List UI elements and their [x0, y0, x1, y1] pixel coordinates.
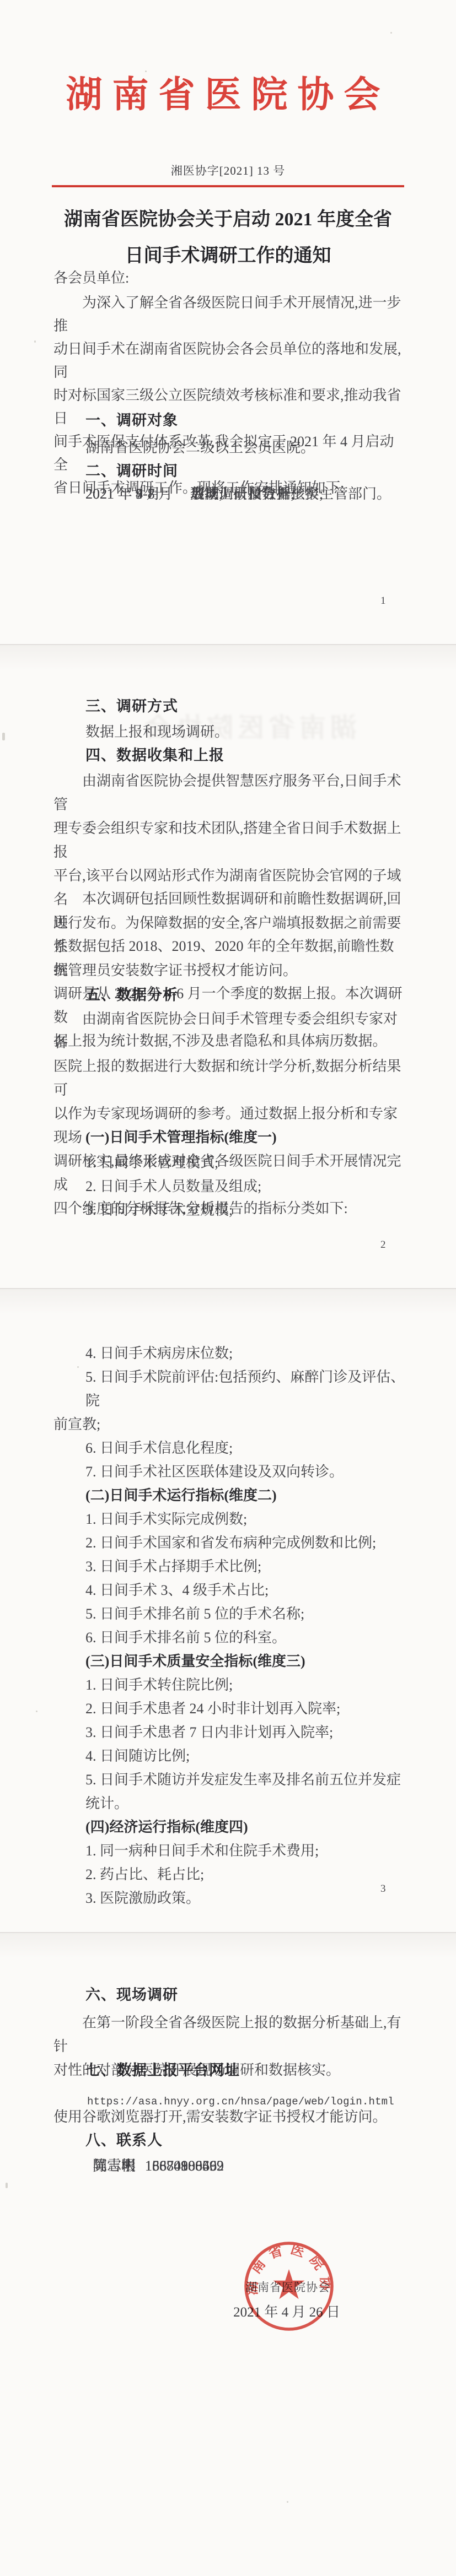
section-5-heading: 五、数据分析	[85, 983, 178, 1007]
seal-star-icon	[273, 2269, 305, 2299]
text-line: 1. 同一病种日间手术和住院手术费用;	[53, 1839, 406, 1863]
text-line: 理专委会组织专家和技术团队,搭建全省日间手术数据上报	[53, 816, 406, 864]
text-line: 4. 日间手术病房床位数;	[53, 1341, 406, 1365]
section-2-heading: 二、调研时间	[85, 459, 178, 483]
col-1: 陈志明	[93, 2154, 136, 2178]
official-red-seal: 湖南省医院协会	[242, 2238, 336, 2333]
text-line: 5. 日间手术随访并发症发生率及排名前五位并发症统计。	[53, 1768, 406, 1815]
scan-speck	[34, 340, 36, 343]
text-line: 本次调研包括回顾性数据调研和前瞻性数据调研,回顾	[53, 887, 406, 934]
document-number: 湘医协字[2021] 13 号	[0, 162, 456, 178]
text-line: 2. 药占比、耗占比;	[53, 1863, 406, 1886]
text-line: 医院上报的数据进行大数据和统计学分析,数据分析结果可	[53, 1054, 406, 1102]
scan-speck	[145, 71, 147, 72]
text-line: 前宣教;	[53, 1413, 406, 1436]
section-6-heading: 六、现场调研	[85, 1983, 178, 2007]
text-line: 4. 日间随访比例;	[53, 1744, 406, 1768]
text-line: 2. 日间手术国家和省发布病种完成例数和比例;	[53, 1531, 406, 1555]
text-line: (四)经济运行指标(维度四)	[53, 1815, 406, 1839]
salutation: 各会员单位:	[53, 267, 129, 290]
text-line: 5. 日间手术院前评估:包括预约、麻醉门诊及评估、院	[53, 1365, 406, 1413]
text-line: 6. 日间手术信息化程度;	[53, 1436, 406, 1460]
text-line: 1. 日间手术实际完成例数;	[53, 1507, 406, 1531]
section-7-heading: 七、数据上报平台网址	[85, 2059, 240, 2082]
scan-speck	[287, 2501, 288, 2503]
text-line: 动日间手术在湖南省医院协会各会员单位的落地和发展,同	[53, 338, 406, 384]
text-line: 性数据包括 2018、2019、2020 年的全年数据,前瞻性数据	[53, 934, 406, 982]
text-line: 6. 日间手术排名前 5 位的科室。	[53, 1626, 406, 1649]
dimension-1-heading: (一)日间手术管理指标(维度一)	[85, 1125, 277, 1149]
indicator-list: 4. 日间手术病房床位数;5. 日间手术院前评估:包括预约、麻醉门诊及评估、院前…	[53, 1341, 406, 1910]
text-line: 为深入了解全省各级医院日间手术开展情况,进一步推	[53, 291, 406, 338]
text-line: 在第一阶段全省各级医院上报的数据分析基础上,有针	[53, 2011, 406, 2058]
red-rule-divider	[52, 185, 404, 187]
document-title-line1: 湖南省医院协会关于启动 2021 年度全省	[0, 202, 456, 238]
text-line: 由湖南省医院协会日间手术管理专委会组织专家对各	[53, 1007, 406, 1054]
text-line: 1. 日间手术管理模式;	[85, 1151, 405, 1175]
dimension-1-items: 1. 日间手术管理模式;2. 日间手术人员数量及组成;3. 日间手术手术室规模;	[85, 1151, 405, 1222]
text-line: 2. 日间手术患者 24 小时非计划再入院率;	[53, 1697, 406, 1720]
text-line: 由湖南省医院协会提供智慧医疗服务平台,日间手术管	[53, 769, 406, 816]
section-8-heading: 八、联系人	[85, 2129, 163, 2152]
text-line: 3. 日间手术手术室规模;	[85, 1198, 405, 1222]
scan-speck	[77, 1366, 79, 1368]
text-line: 4. 日间手术 3、4 级手术占比;	[53, 1578, 406, 1602]
text-line: 2. 日间手术人员数量及组成;	[85, 1175, 405, 1198]
scan-speck	[6, 2183, 8, 2188]
masthead-org-name: 湖南省医院协会	[0, 65, 456, 117]
text-line: 1. 日间手术转住院比例;	[53, 1673, 406, 1697]
page-number-1: 1	[380, 595, 386, 607]
page-boundary-shadow-2	[0, 1289, 456, 1314]
col-2: 形成调研报告并上报主管部门。	[190, 483, 391, 506]
scan-speck	[390, 32, 392, 34]
text-line: 7. 日间手术社区医联体建设及双向转诊。	[53, 1460, 406, 1484]
page-number-2: 2	[380, 1239, 386, 1251]
text-line: 3. 日间手术占择期手术比例;	[53, 1555, 406, 1578]
text-line: 5. 日间手术排名前 5 位的手术名称;	[53, 1602, 406, 1626]
col-2: 16670100669	[145, 2154, 224, 2178]
text-line: (三)日间手术质量安全指标(维度三)	[53, 1649, 406, 1673]
page-boundary-shadow-1	[0, 645, 456, 670]
scan-speck	[2, 733, 5, 740]
col-1: 2021 年 9 月	[85, 483, 161, 506]
page-number-3: 3	[380, 1883, 386, 1895]
document-title: 湖南省医院协会关于启动 2021 年度全省 日间手术调研工作的通知	[0, 202, 456, 274]
section-3-heading: 三、调研方式	[85, 695, 178, 718]
section-1-heading: 一、调研对象	[85, 409, 178, 432]
scanned-official-document: 湖南省医院协会 湘医协字[2021] 13 号 湖南省医院协会关于启动 2021…	[0, 0, 456, 2576]
page-boundary-shadow-3	[0, 1933, 456, 1958]
text-line: (二)日间手术运行指标(维度二)	[53, 1484, 406, 1507]
text-line: 3. 医院激励政策。	[53, 1886, 406, 1910]
section-3-body: 数据上报和现场调研。	[85, 720, 229, 744]
section-4-heading: 四、数据收集和上报	[85, 744, 224, 767]
text-line: 3. 日间手术患者 7 日内非计划再入院率;	[53, 1720, 406, 1744]
url-note: 使用谷歌浏览器打开,需安装数字证书授权才能访问。	[53, 2106, 406, 2129]
section-1-body: 湖南省医院协会二级以上会员医院。	[85, 436, 315, 459]
scan-speck	[36, 1711, 37, 1712]
